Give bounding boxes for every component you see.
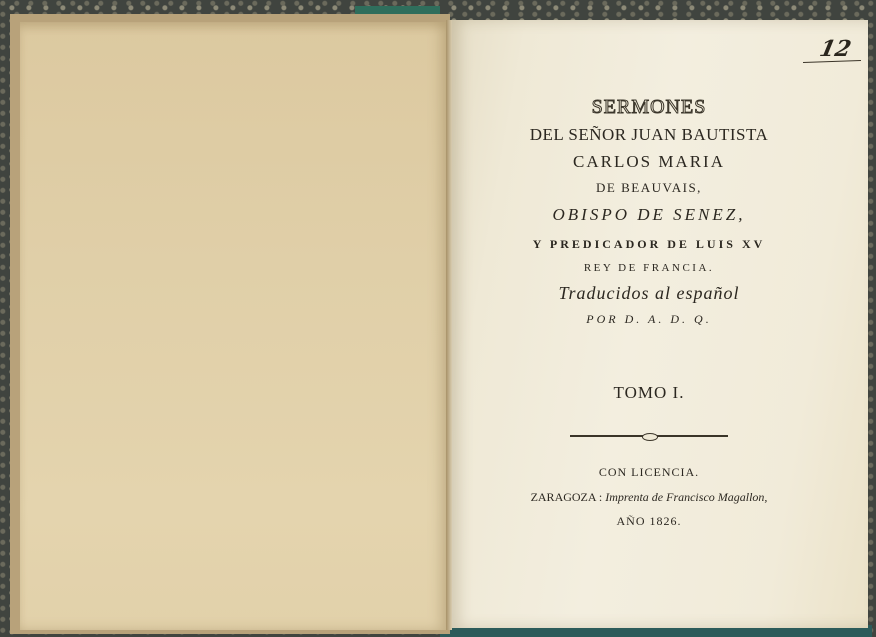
author-role: OBISPO DE SENEZ, — [449, 205, 849, 225]
author-line-3: DE BEAUVAIS, — [449, 180, 849, 196]
imprint-line: ZARAGOZA : Imprenta de Francisco Magallo… — [449, 490, 849, 505]
book-title: SERMONES — [449, 96, 849, 119]
author-line-1: DEL SEÑOR JUAN BAUTISTA — [449, 125, 849, 145]
license-line: CON LICENCIA. — [449, 465, 849, 480]
imprint-place: ZARAGOZA : — [531, 490, 603, 504]
author-predicador-line: Y PREDICADOR DE LUIS XV — [449, 237, 849, 252]
left-blank-endpaper — [20, 22, 448, 630]
translator-initials: POR D. A. D. Q. — [449, 312, 849, 327]
ornamental-rule — [570, 433, 728, 439]
translation-note: Traducidos al español — [449, 283, 849, 304]
imprint-printer: Imprenta de Francisco Magallon, — [605, 490, 767, 504]
author-line-2: CARLOS MARIA — [449, 152, 849, 172]
author-rey-line: REY DE FRANCIA. — [449, 262, 849, 274]
volume-label: TOMO I. — [449, 383, 849, 403]
title-page-text-block: SERMONES DEL SEÑOR JUAN BAUTISTA CARLOS … — [449, 90, 849, 529]
ornament-knot-icon — [642, 433, 658, 441]
publication-year: AÑO 1826. — [449, 514, 849, 529]
handwritten-page-number: 12 — [817, 36, 853, 62]
